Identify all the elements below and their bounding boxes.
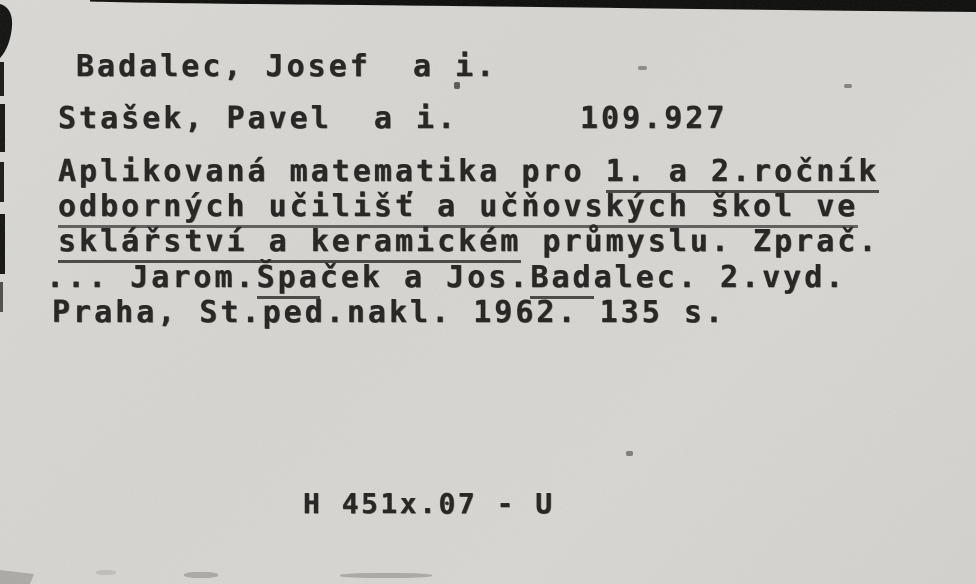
- sor-underlined-badalec: Bad: [530, 260, 593, 299]
- scan-artifact-left-mark: [0, 214, 5, 274]
- author-heading: Badalec, Josef a i.: [76, 52, 497, 82]
- ink-speck: [292, 118, 297, 121]
- scan-smudge: [96, 570, 116, 575]
- title-line-3-text: průmyslu. Zprač.: [521, 224, 879, 259]
- sor-pre: ... Jarom.: [46, 260, 257, 295]
- statement-of-responsibility-line: ... Jarom.Špaček a Jos.Badalec. 2.vyd.: [46, 263, 846, 293]
- scan-artifact-left-mark: [0, 162, 4, 202]
- scan-smudge: [184, 572, 218, 578]
- sor-underlined-spacek: Špa: [257, 260, 320, 299]
- scan-artifact-bottom-left: [0, 570, 34, 584]
- title-line-3-underlined: sklářství a keramickém: [58, 224, 521, 263]
- accession-number: 109.927: [580, 104, 727, 134]
- call-number: H 451x.07 - U: [303, 489, 555, 519]
- library-catalog-card: Badalec, Josef a i. Stašek, Pavel a i.10…: [0, 0, 976, 584]
- imprint-line: Praha, St.ped.nakl. 1962. 135 s.: [52, 298, 726, 328]
- title-line-3: sklářství a keramickém průmyslu. Zprač.: [58, 227, 879, 257]
- title-line-1-text: Aplikovaná matematika pro: [58, 154, 606, 189]
- secondary-heading-row: Stašek, Pavel a i.109.927: [58, 104, 458, 134]
- scan-artifact-left-mark: [0, 282, 3, 312]
- ink-speck: [638, 66, 647, 70]
- scan-artifact-corner-blob: [0, 4, 12, 58]
- ink-speck: [844, 84, 852, 88]
- title-line-2-underlined: odborných učilišť a učňovských škol ve: [58, 189, 858, 228]
- scan-artifact-top-edge: [90, 0, 976, 12]
- title-line-1-underlined: 1. a 2.ročník: [606, 154, 880, 193]
- ink-speck: [454, 82, 460, 89]
- title-line-2: odborných učilišť a učňovských škol ve: [58, 192, 858, 222]
- scan-artifact-left-mark: [0, 104, 5, 152]
- ink-speck: [626, 451, 633, 456]
- sor-post: alec. 2.vyd.: [594, 260, 847, 295]
- secondary-heading: Stašek, Pavel a i.: [58, 101, 458, 136]
- title-line-1: Aplikovaná matematika pro 1. a 2.ročník: [58, 157, 879, 187]
- scan-smudge: [340, 573, 432, 578]
- scan-artifact-left-mark: [0, 62, 4, 96]
- sor-mid: ček a Jos.: [320, 260, 531, 295]
